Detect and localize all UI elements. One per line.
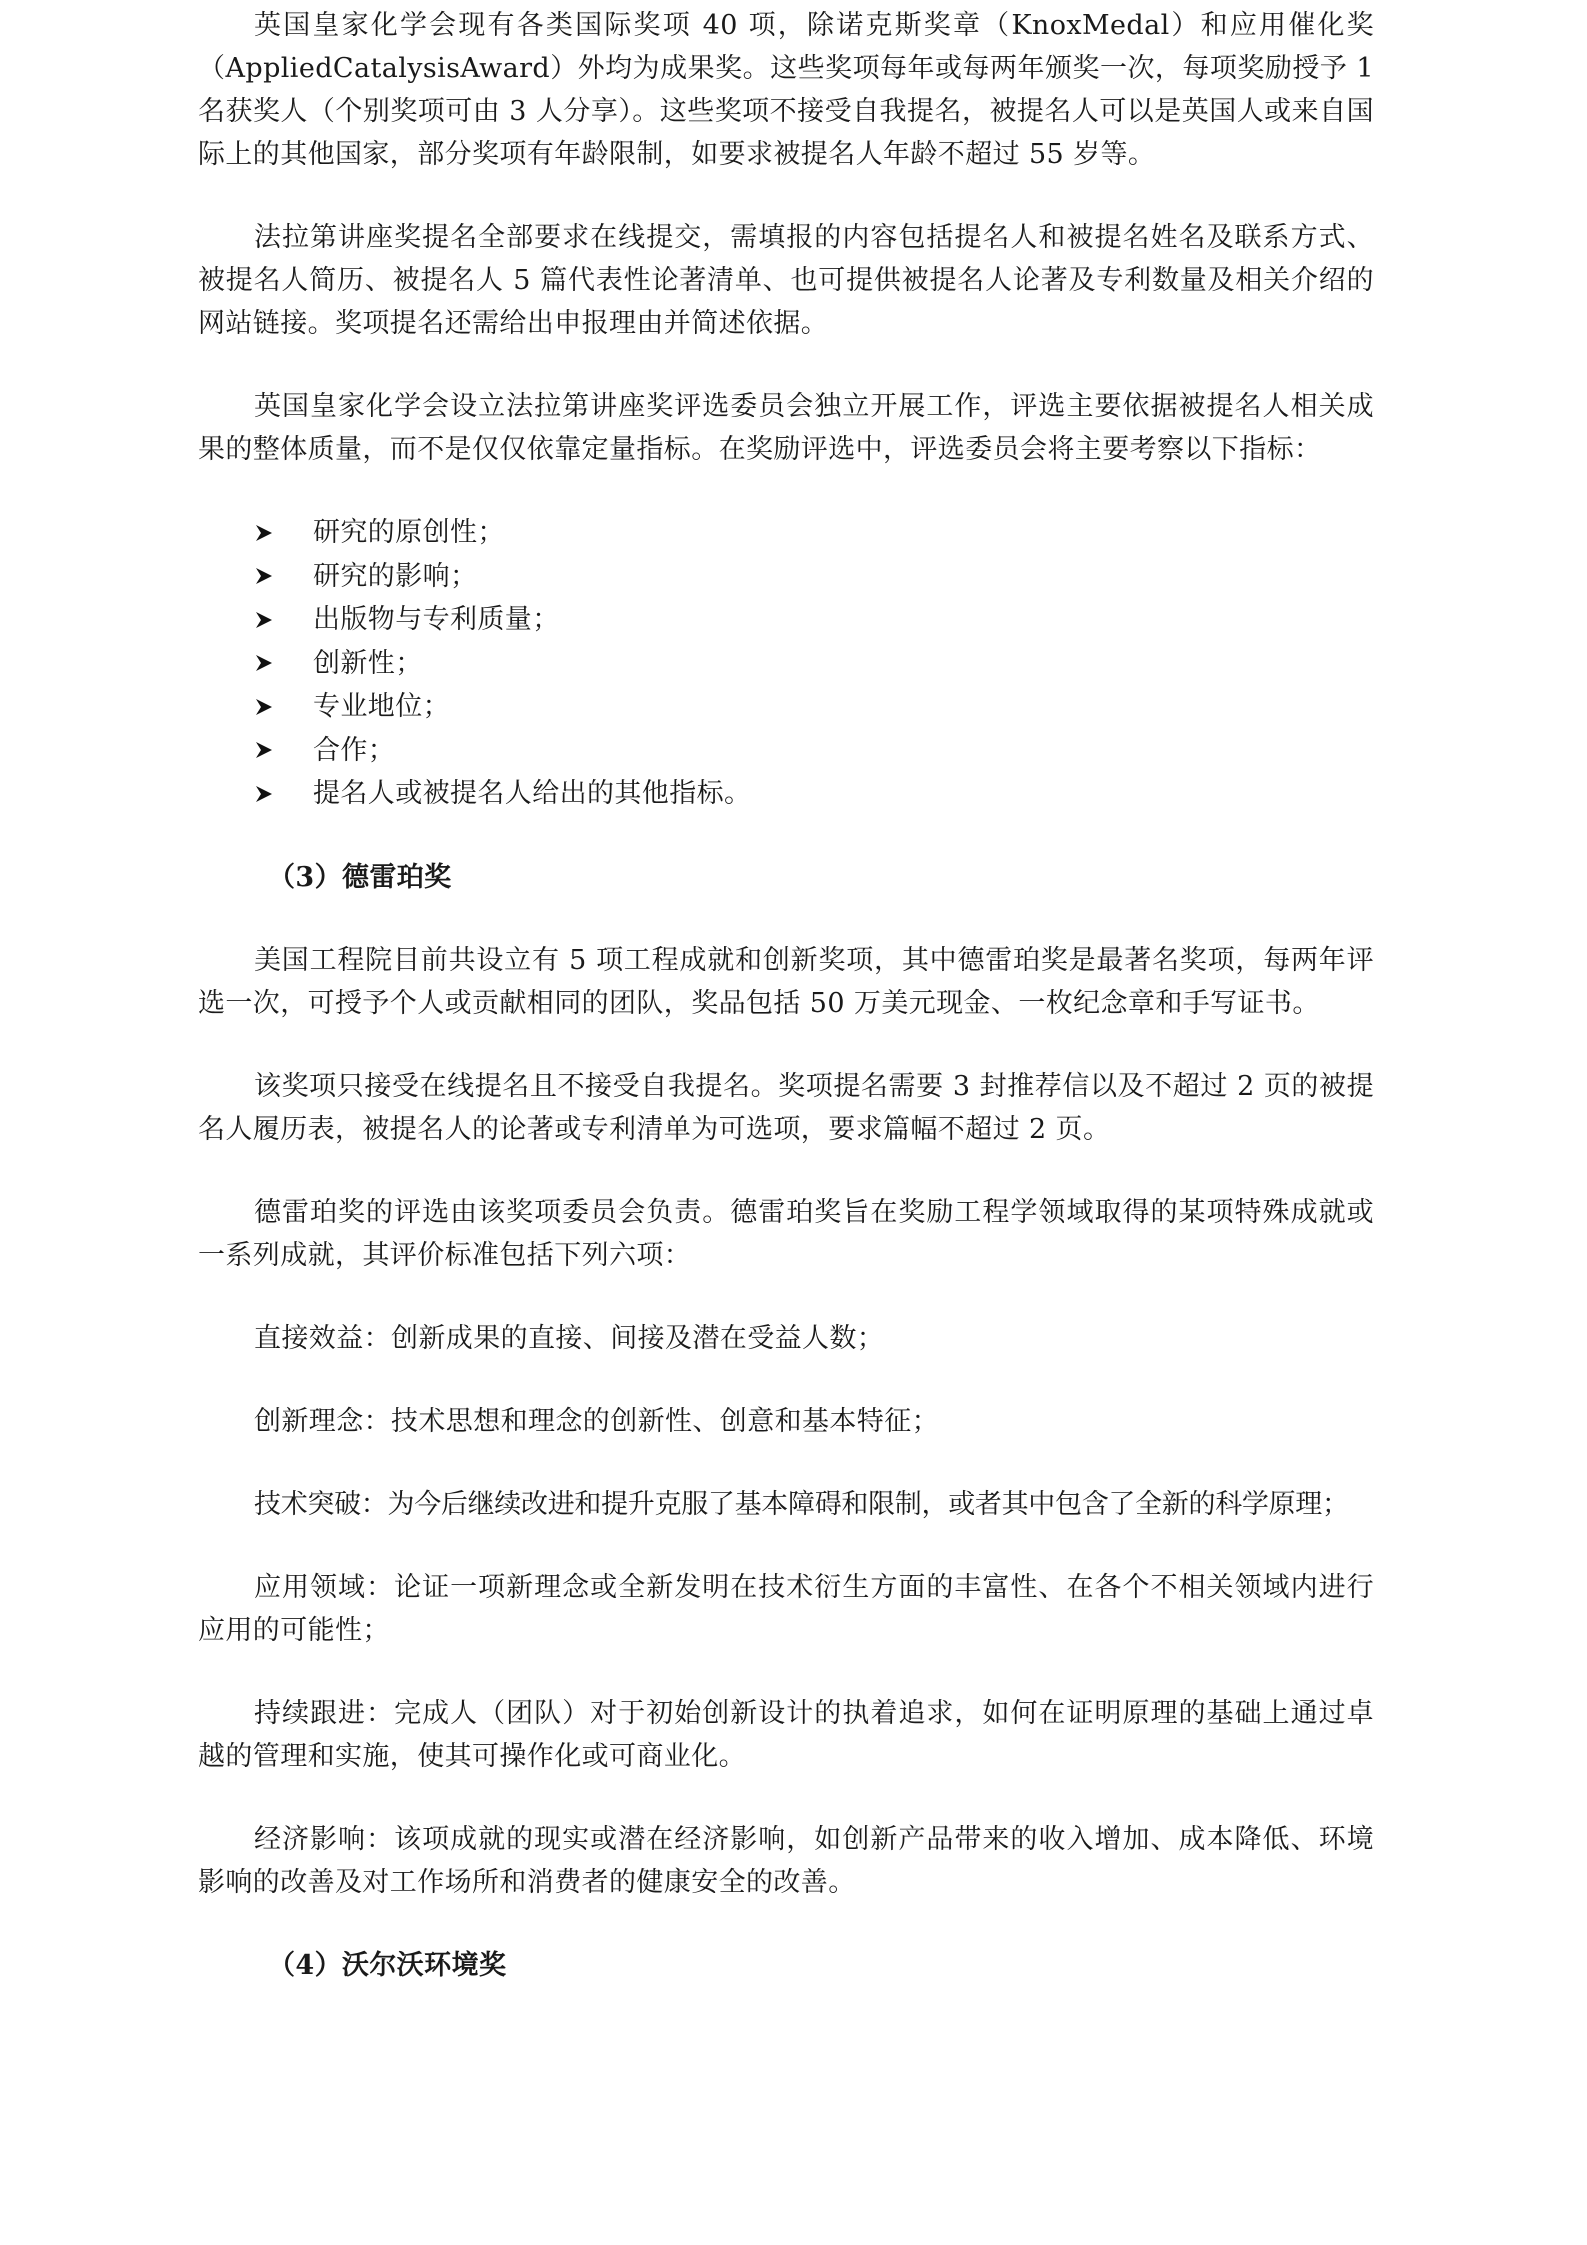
paragraph-gap: [198, 471, 1374, 511]
paragraph-rsc-intro: 英国皇家化学会现有各类国际奖项 40 项，除诺克斯奖章（KnoxMedal）和应…: [198, 4, 1374, 176]
paragraph-gap: [198, 1443, 1374, 1483]
faraday-indicator-list: 研究的原创性； 研究的影响； 出版物与专利质量； 创新性； 专业地位；: [198, 511, 1374, 816]
paragraph-gap: [198, 899, 1374, 939]
paragraph-faraday-committee: 英国皇家化学会设立法拉第讲座奖评选委员会独立开展工作，评选主要依据被提名人相关成…: [198, 385, 1374, 471]
list-item: 出版物与专利质量；: [198, 598, 1374, 642]
criterion-direct-benefit: 直接效益：创新成果的直接、间接及潜在受益人数；: [198, 1317, 1374, 1360]
paragraph-gap: [198, 1151, 1374, 1191]
list-item-text: 合作；: [313, 729, 395, 773]
criterion-economic-impact: 经济影响：该项成就的现实或潜在经济影响，如创新产品带来的收入增加、成本降低、环境…: [198, 1818, 1374, 1904]
arrowhead-bullet-icon: [255, 654, 273, 672]
paragraph-faraday-nomination: 法拉第讲座奖提名全部要求在线提交，需填报的内容包括提名人和被提名姓名及联系方式、…: [198, 216, 1374, 345]
section-heading-draper: （3）德雷珀奖: [198, 856, 1374, 899]
criterion-application-field: 应用领域：论证一项新理念或全新发明在技术衍生方面的丰富性、在各个不相关领域内进行…: [198, 1566, 1374, 1652]
paragraph-draper-committee: 德雷珀奖的评选由该奖项委员会负责。德雷珀奖旨在奖励工程学领域取得的某项特殊成就或…: [198, 1191, 1374, 1277]
paragraph-gap: [198, 1778, 1374, 1818]
paragraph-gap: [198, 176, 1374, 216]
paragraph-draper-intro: 美国工程院目前共设立有 5 项工程成就和创新奖项，其中德雷珀奖是最著名奖项，每两…: [198, 939, 1374, 1025]
arrowhead-bullet-icon: [255, 611, 273, 629]
list-item-text: 提名人或被提名人给出的其他指标。: [313, 772, 751, 816]
section-heading-volvo: （4）沃尔沃环境奖: [198, 1944, 1374, 1987]
paragraph-gap: [198, 1025, 1374, 1065]
criterion-follow-through: 持续跟进：完成人（团队）对于初始创新设计的执着追求，如何在证明原理的基础上通过卓…: [198, 1692, 1374, 1778]
criterion-innovation-concept: 创新理念：技术思想和理念的创新性、创意和基本特征；: [198, 1400, 1374, 1443]
paragraph-gap: [198, 1652, 1374, 1692]
criterion-technical-breakthrough: 技术突破：为今后继续改进和提升克服了基本障碍和限制，或者其中包含了全新的科学原理…: [198, 1483, 1374, 1526]
paragraph-gap: [198, 345, 1374, 385]
list-item-text: 研究的影响；: [313, 555, 477, 599]
paragraph-gap: [198, 816, 1374, 856]
list-item-text: 专业地位；: [313, 685, 450, 729]
paragraph-draper-nomination: 该奖项只接受在线提名且不接受自我提名。奖项提名需要 3 封推荐信以及不超过 2 …: [198, 1065, 1374, 1151]
paragraph-gap: [198, 1277, 1374, 1317]
list-item-text: 创新性；: [313, 642, 423, 686]
paragraph-gap: [198, 1360, 1374, 1400]
list-item-text: 出版物与专利质量；: [313, 598, 560, 642]
arrowhead-bullet-icon: [255, 741, 273, 759]
document-page: 英国皇家化学会现有各类国际奖项 40 项，除诺克斯奖章（KnoxMedal）和应…: [198, 0, 1374, 1987]
list-item: 专业地位；: [198, 685, 1374, 729]
arrowhead-bullet-icon: [255, 567, 273, 585]
list-item: 研究的影响；: [198, 555, 1374, 599]
list-item: 创新性；: [198, 642, 1374, 686]
list-item: 合作；: [198, 729, 1374, 773]
list-item-text: 研究的原创性；: [313, 511, 505, 555]
paragraph-gap: [198, 1526, 1374, 1566]
arrowhead-bullet-icon: [255, 698, 273, 716]
list-item: 研究的原创性；: [198, 511, 1374, 555]
list-item: 提名人或被提名人给出的其他指标。: [198, 772, 1374, 816]
arrowhead-bullet-icon: [255, 785, 273, 803]
arrowhead-bullet-icon: [255, 524, 273, 542]
paragraph-gap: [198, 1904, 1374, 1944]
